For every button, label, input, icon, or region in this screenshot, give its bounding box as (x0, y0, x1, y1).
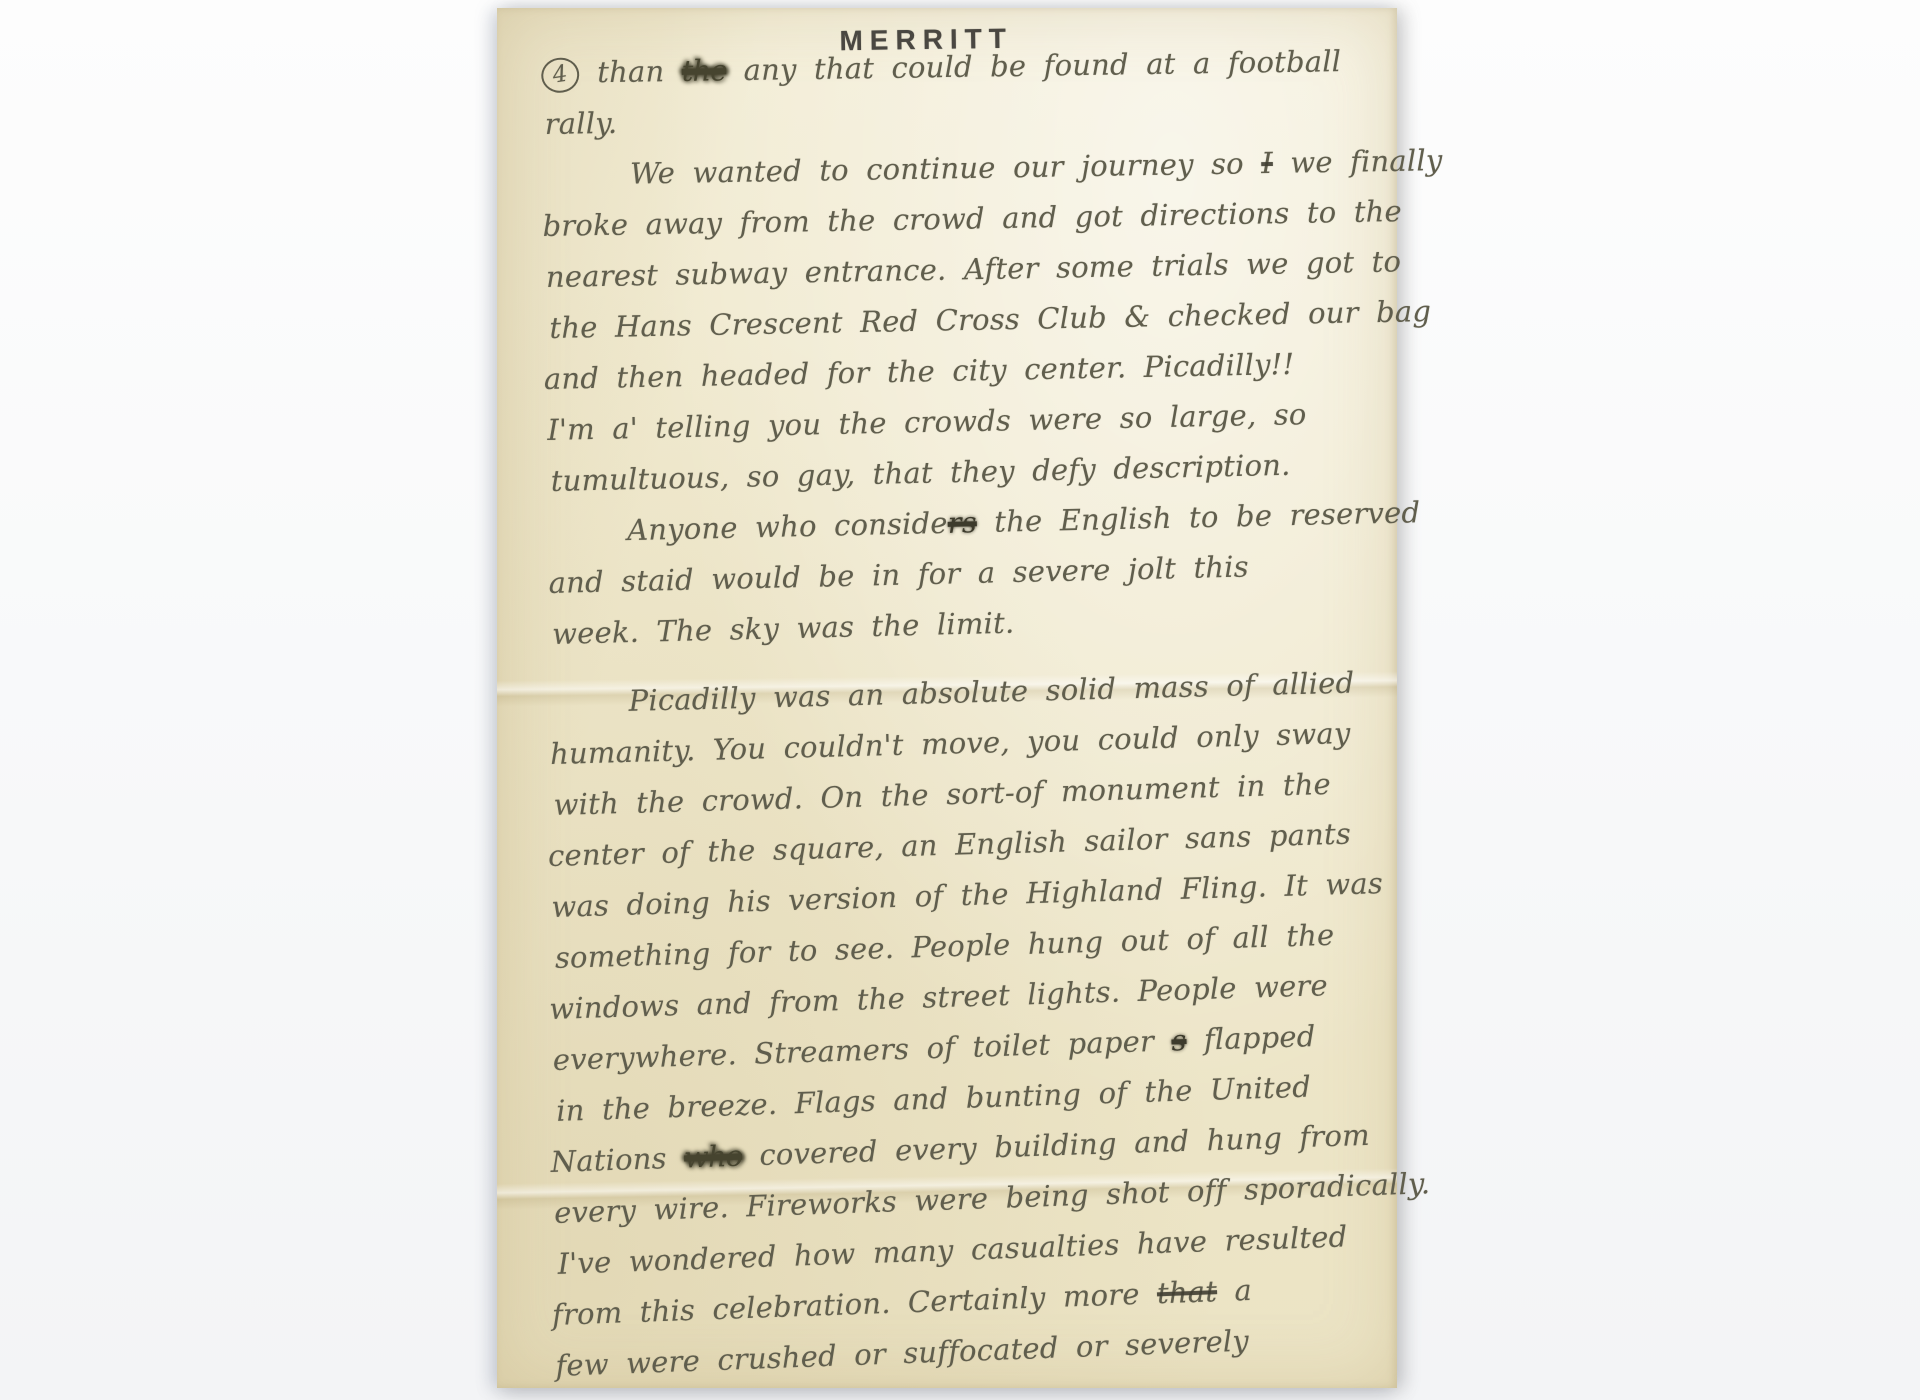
letter-line-text: flapped (1186, 1019, 1316, 1057)
letter-line-text: any that could be found at a football (726, 44, 1341, 87)
scanner-background: MERRITT 4than the any that could be foun… (0, 0, 1920, 1400)
letter-line-text: broke away from the crowd and got direct… (542, 194, 1402, 243)
letter-line-text: Nations (550, 1141, 684, 1179)
letter-line-text: rally. (544, 106, 617, 141)
letter-line-text: Anyone who conside (627, 506, 948, 547)
crossed-out-text: rs (947, 505, 977, 540)
letter-line-text: and then headed for the city center. Pic… (544, 347, 1295, 396)
crossed-out-text: that (1156, 1274, 1217, 1310)
crossed-out-text: who (684, 1139, 743, 1175)
letter-line-text: I'm a' telling you the crowds were so la… (547, 397, 1307, 447)
letter-line-text: the Hans Crescent Red Cross Club & check… (549, 294, 1431, 345)
letter-line-text: the English to be reserved (976, 495, 1420, 539)
crossed-out-text: I (1261, 146, 1273, 180)
letter-body: 4than the any that could be found at a f… (543, 41, 1383, 1392)
letter-line-text: and staid would be in for a severe jolt … (548, 549, 1249, 599)
page-number-circled: 4 (539, 55, 582, 95)
letter-line-text: a (1216, 1273, 1252, 1308)
letter-line-text: nearest subway entrance. After some tria… (546, 244, 1402, 294)
letter-line-text: than (597, 54, 682, 89)
letter-line-text: tumultuous, so gay, that they defy descr… (550, 448, 1290, 498)
scanned-letter-page: MERRITT 4than the any that could be foun… (497, 8, 1397, 1388)
letter-line-text: We wanted to continue our journey so (630, 146, 1262, 190)
crossed-out-text: s (1171, 1023, 1187, 1057)
letter-line-text: we finally (1273, 143, 1443, 180)
letter-line-text: week. The sky was the limit. (552, 606, 1015, 651)
crossed-out-text: the (681, 53, 726, 88)
